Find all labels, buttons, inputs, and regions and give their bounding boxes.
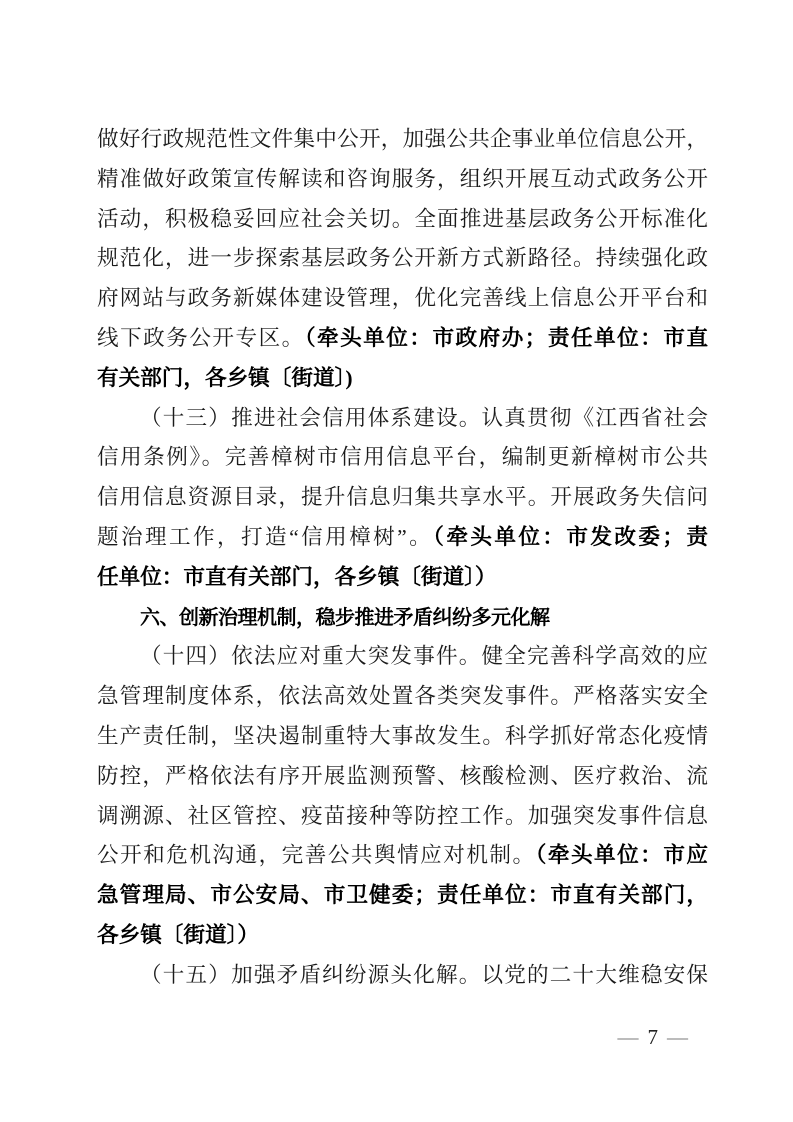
text-line: （十三）推进社会信用体系建设。认真贯彻《江西省社会 [97, 399, 708, 439]
body-text: （十四）依法应对重大突发事件。健全完善科学高效的应 [140, 644, 708, 668]
text-line: 公开和危机沟通，完善公共舆情应对机制。（牵头单位：市应 [97, 836, 708, 876]
responsibility-note-text: 急管理局、市公安局、市卫健委；责任单位：市直有关部门， [97, 883, 708, 907]
text-line: 生产责任制，坚决遏制重特大事故发生。科学抓好常态化疫情 [97, 717, 708, 757]
body-text: 活动，积极稳妥回应社会关切。全面推进基层政务公开标准化 [97, 207, 708, 231]
body-text: （十三）推进社会信用体系建设。认真贯彻《江西省社会 [140, 406, 708, 430]
section-heading-text: 六、创新治理机制，稳步推进矛盾纠纷多元化解 [140, 607, 550, 629]
body-text: 做好行政规范性文件集中公开，加强公共企事业单位信息公开， [97, 127, 708, 151]
document-body: 做好行政规范性文件集中公开，加强公共企事业单位信息公开，精准做好政策宣传解读和咨… [97, 120, 708, 996]
body-text: 公开和危机沟通，完善公共舆情应对机制。 [97, 843, 536, 867]
body-text: 府网站与政务新媒体建设管理，优化完善线上信息公开平台和 [97, 286, 708, 310]
text-line: 有关部门，各乡镇〔街道〕) [97, 359, 708, 399]
body-text: 防控，严格依法有序开展监测预警、核酸检测、医疗救治、流 [97, 764, 708, 788]
text-line: 信用条例》。完善樟树市信用信息平台，编制更新樟树市公共 [97, 438, 708, 478]
text-line: （十四）依法应对重大突发事件。健全完善科学高效的应 [97, 637, 708, 677]
text-line: 规范化，进一步探索基层政务公开新方式新路径。持续强化政 [97, 239, 708, 279]
text-line: 防控，严格依法有序开展监测预警、核酸检测、医疗救治、流 [97, 757, 708, 797]
page-number-right-dash: — [667, 1025, 688, 1049]
responsibility-note-text: 任单位：市直有关部门，各乡镇〔街道〕） [97, 565, 496, 589]
document-page: 做好行政规范性文件集中公开，加强公共企事业单位信息公开，精准做好政策宣传解读和咨… [0, 0, 793, 1122]
body-text: 精准做好政策宣传解读和咨询服务，组织开展互动式政务公开 [97, 167, 708, 191]
responsibility-note-text: （牵头单位：市政府办；责任单位：市直 [305, 326, 708, 350]
page-number-left-dash: — [618, 1025, 639, 1049]
body-text: 题治理工作，打造“信用樟树”。 [97, 525, 433, 549]
text-line: （十五）加强矛盾纠纷源头化解。以党的二十大维稳安保 [97, 956, 708, 996]
body-text: 线下政务公开专区。 [97, 326, 305, 350]
body-text: 规范化，进一步探索基层政务公开新方式新路径。持续强化政 [97, 246, 708, 270]
responsibility-note-text: （牵头单位：市应 [536, 843, 708, 867]
body-text: 生产责任制，坚决遏制重特大事故发生。科学抓好常态化疫情 [97, 724, 708, 748]
body-text: 调溯源、社区管控、疫苗接种等防控工作。加强突发事件信息 [97, 804, 708, 828]
text-line: 线下政务公开专区。（牵头单位：市政府办；责任单位：市直 [97, 319, 708, 359]
text-line: 活动，积极稳妥回应社会关切。全面推进基层政务公开标准化 [97, 200, 708, 240]
body-text: 信用信息资源目录，提升信息归集共享水平。开展政务失信问 [97, 485, 708, 509]
text-line: 精准做好政策宣传解读和咨询服务，组织开展互动式政务公开 [97, 160, 708, 200]
text-line: 各乡镇〔街道〕） [97, 916, 708, 956]
text-line: 信用信息资源目录，提升信息归集共享水平。开展政务失信问 [97, 478, 708, 518]
text-line: 府网站与政务新媒体建设管理，优化完善线上信息公开平台和 [97, 279, 708, 319]
body-text: 急管理制度体系，依法高效处置各类突发事件。严格落实安全 [97, 684, 708, 708]
text-line: 调溯源、社区管控、疫苗接种等防控工作。加强突发事件信息 [97, 797, 708, 837]
text-line: 六、创新治理机制，稳步推进矛盾纠纷多元化解 [97, 598, 708, 638]
responsibility-note-text: 各乡镇〔街道〕） [97, 923, 259, 947]
text-line: 急管理制度体系，依法高效处置各类突发事件。严格落实安全 [97, 677, 708, 717]
body-text: （十五）加强矛盾纠纷源头化解。以党的二十大维稳安保 [140, 963, 708, 987]
responsibility-note-text: 有关部门，各乡镇〔街道〕) [97, 366, 353, 390]
text-line: 做好行政规范性文件集中公开，加强公共企事业单位信息公开， [97, 120, 708, 160]
text-line: 题治理工作，打造“信用樟树”。（牵头单位：市发改委；责 [97, 518, 708, 558]
page-number: —7— [618, 1024, 689, 1050]
text-line: 急管理局、市公安局、市卫健委；责任单位：市直有关部门， [97, 876, 708, 916]
text-line: 任单位：市直有关部门，各乡镇〔街道〕） [97, 558, 708, 598]
page-number-value: 7 [648, 1025, 659, 1049]
body-text: 信用条例》。完善樟树市信用信息平台，编制更新樟树市公共 [97, 445, 708, 469]
responsibility-note-text: （牵头单位：市发改委；责 [433, 525, 708, 549]
